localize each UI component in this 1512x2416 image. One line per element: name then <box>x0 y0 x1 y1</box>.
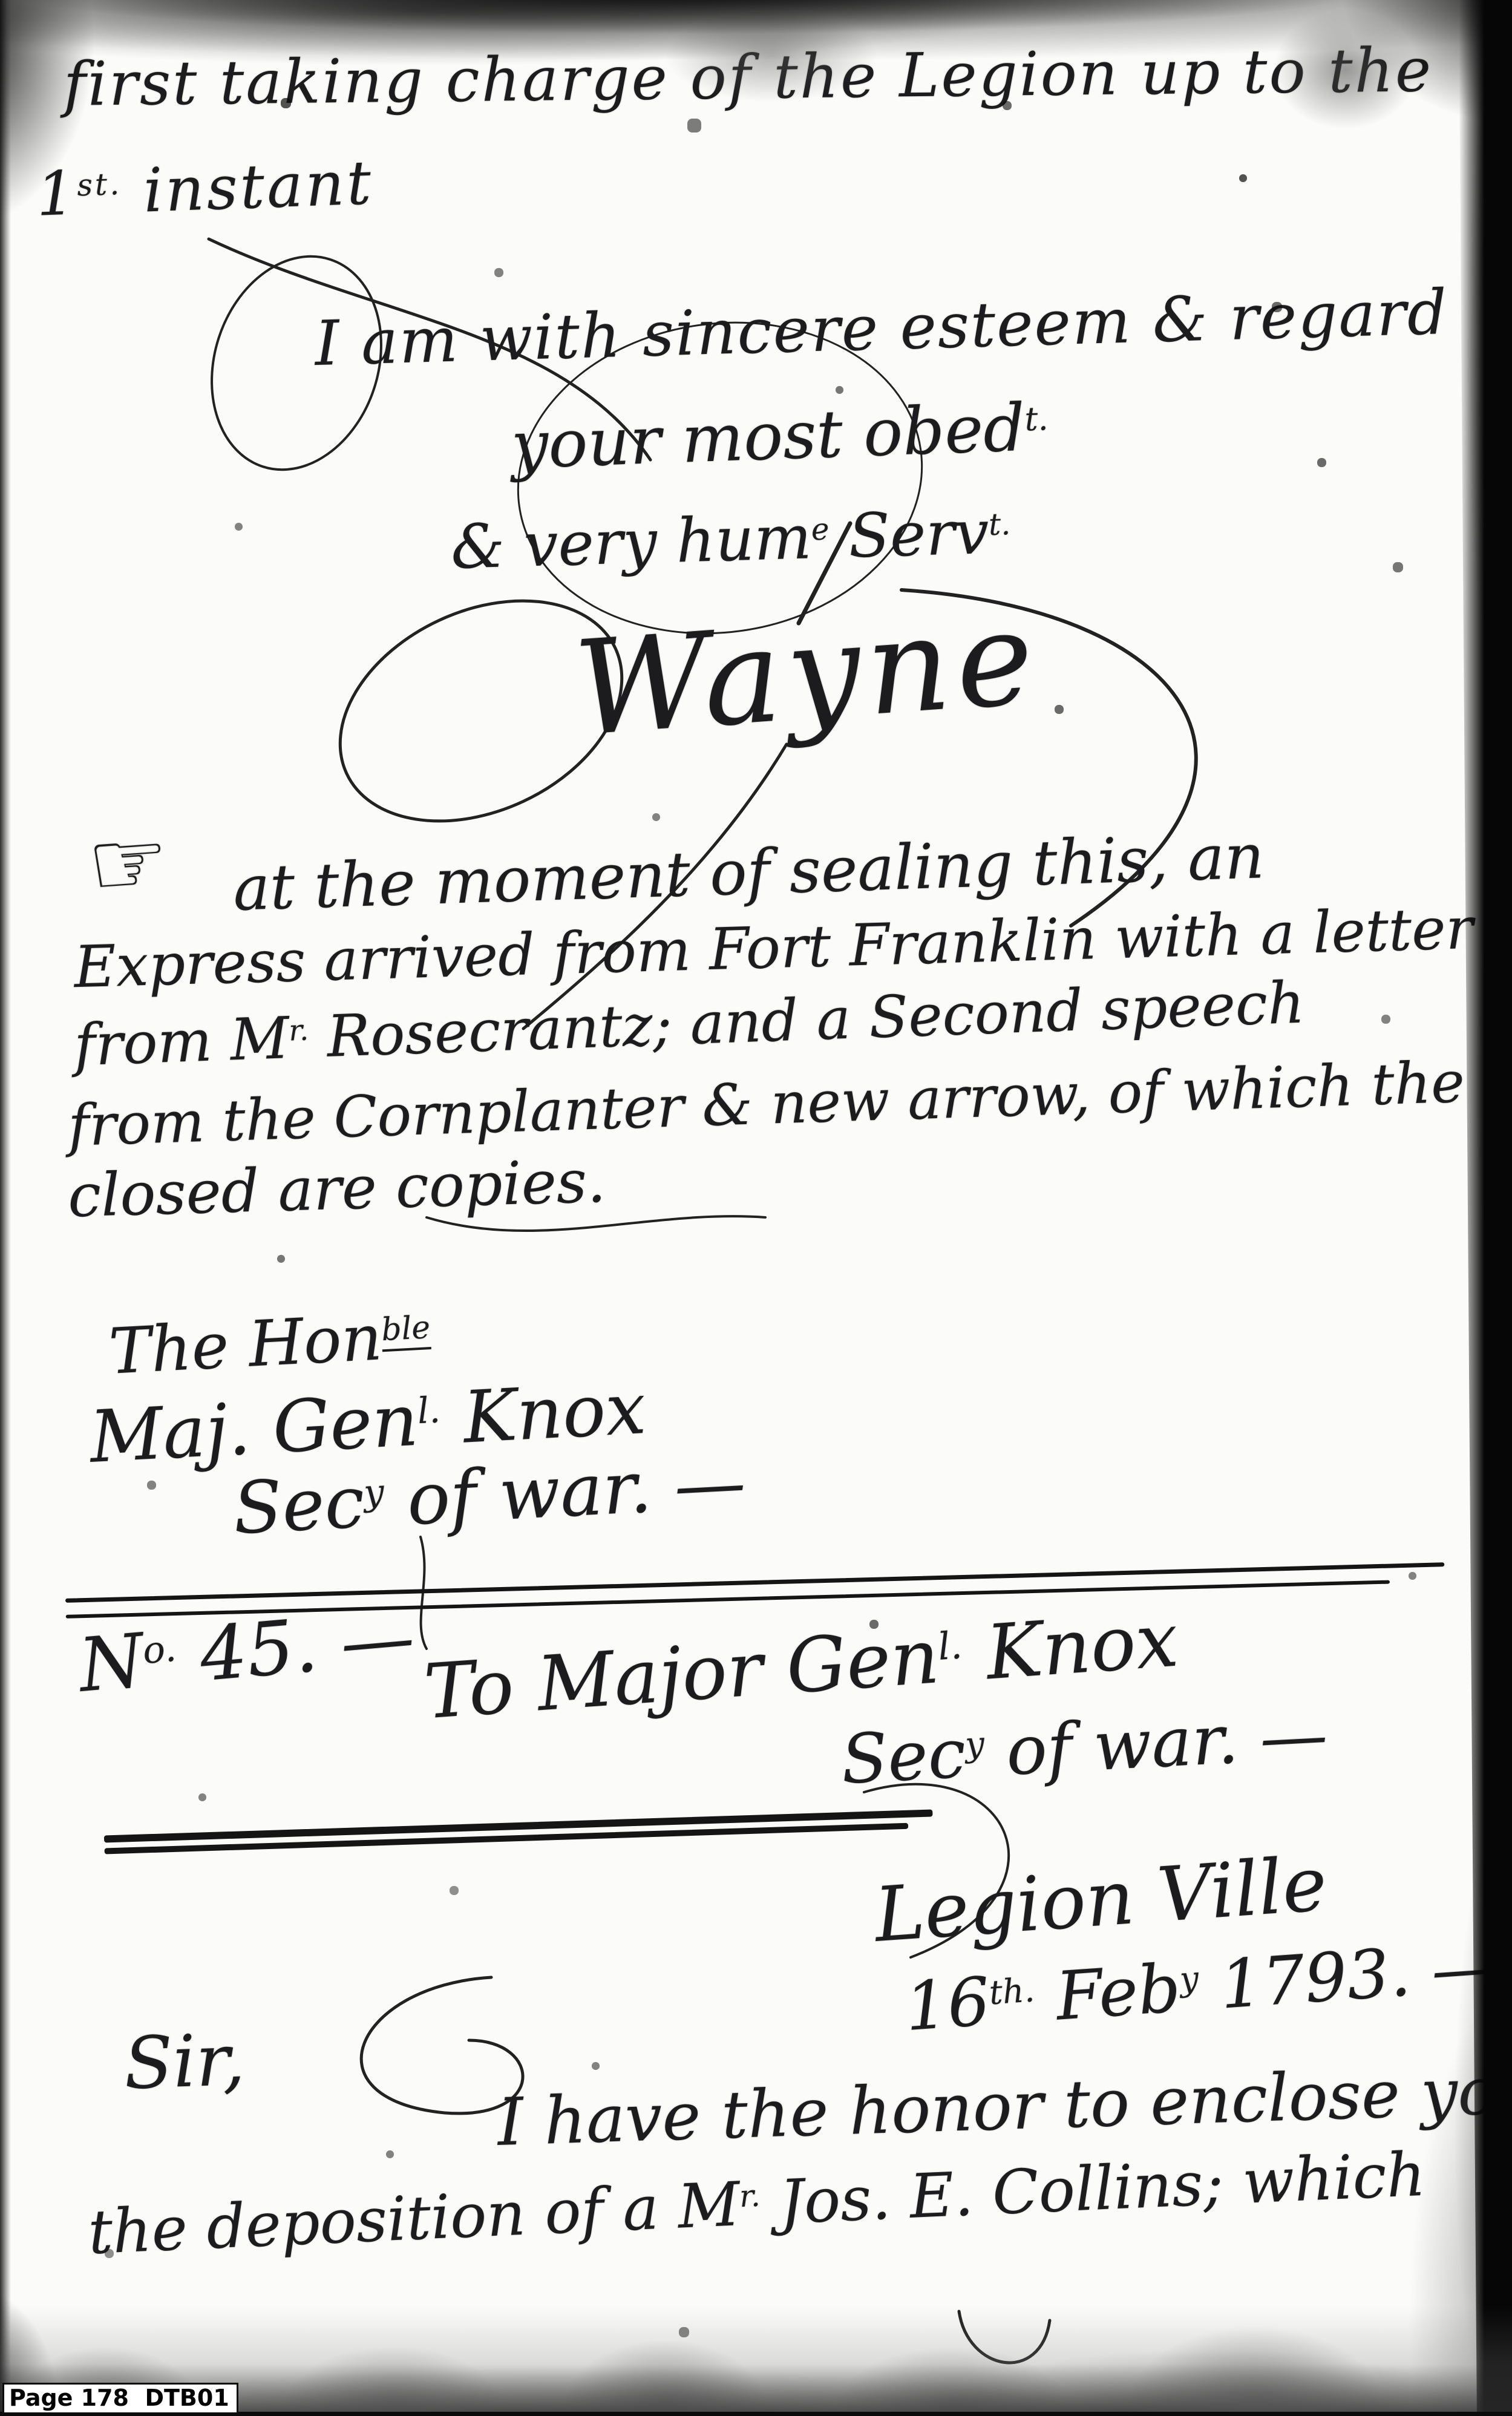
text-run: Sec <box>839 1714 967 1799</box>
text-run: Serv <box>828 497 990 572</box>
text-run: The Hon <box>107 1300 384 1388</box>
page-label: Page 178 DTB01 <box>2 2383 238 2414</box>
salutation: Sir, <box>123 2024 246 2100</box>
wayne-signature: Wayne <box>571 592 1043 754</box>
body-line-2: the deposition of a Mr. Jos. E. Collins;… <box>87 2144 1427 2263</box>
text-run: 16 <box>903 1963 993 2046</box>
text-run: of war. — <box>382 1440 748 1542</box>
closing-esteem-line: I am with sincere esteem & regard <box>314 282 1449 375</box>
text-run: Feb <box>1032 1949 1183 2037</box>
separator-rule-lower <box>104 1809 933 1854</box>
superscript: st. <box>76 166 122 203</box>
manuscript-scan-page: first taking charge of the Legion up to … <box>0 0 1512 2416</box>
docket-secretary-line: Secy of war. — <box>840 1701 1329 1794</box>
line-first-instant: 1st. instant <box>35 152 374 224</box>
superscript: t. <box>1024 399 1049 438</box>
address-honorable-line: The Honble <box>108 1303 433 1383</box>
closing-obedient-line: your most obedt. <box>510 395 1049 479</box>
text-run: instant <box>120 147 375 226</box>
superscript: r. <box>288 1013 309 1047</box>
superscript: l. <box>937 1623 964 1669</box>
scan-edge-left <box>0 0 11 2416</box>
text-run: Maj. Gen <box>88 1378 420 1479</box>
superscript: e <box>811 511 830 547</box>
dateline-place: Legion Ville <box>872 1847 1329 1953</box>
superscript: ble <box>381 1309 431 1352</box>
superscript: th. <box>988 1970 1036 2012</box>
superscript: t. <box>988 506 1011 542</box>
text-run: Knox <box>960 1597 1181 1699</box>
superscript: l. <box>416 1389 441 1432</box>
text-run: 1793. — <box>1196 1927 1501 2025</box>
postscript-line-5: closed are copies. <box>67 1152 607 1226</box>
text-run: 1 <box>35 157 79 229</box>
text-run: the deposition of a M <box>87 2169 741 2268</box>
superscript: y <box>964 1724 986 1765</box>
text-run: Sec <box>231 1460 367 1550</box>
text-run: your most obed <box>510 390 1026 484</box>
superscript: r. <box>739 2178 761 2214</box>
text-run: To Major Gen <box>421 1613 941 1736</box>
text-run: Jos. E. Collins; which <box>759 2139 1427 2239</box>
manicule-icon: ☞ <box>85 815 172 911</box>
ink-speckles <box>0 0 3 3</box>
text-run: N <box>76 1617 148 1709</box>
text-run: & very hum <box>450 502 813 583</box>
text-run: of war. — <box>983 1695 1329 1792</box>
text-run: from M <box>73 1005 290 1079</box>
superscript: y <box>362 1471 385 1514</box>
superscript: o. <box>141 1627 178 1673</box>
line-first-taking-charge: first taking charge of the Legion up to … <box>64 40 1433 115</box>
closing-humble-servant-line: & very hume Servt. <box>450 502 1012 578</box>
superscript: y <box>1179 1959 1200 1999</box>
